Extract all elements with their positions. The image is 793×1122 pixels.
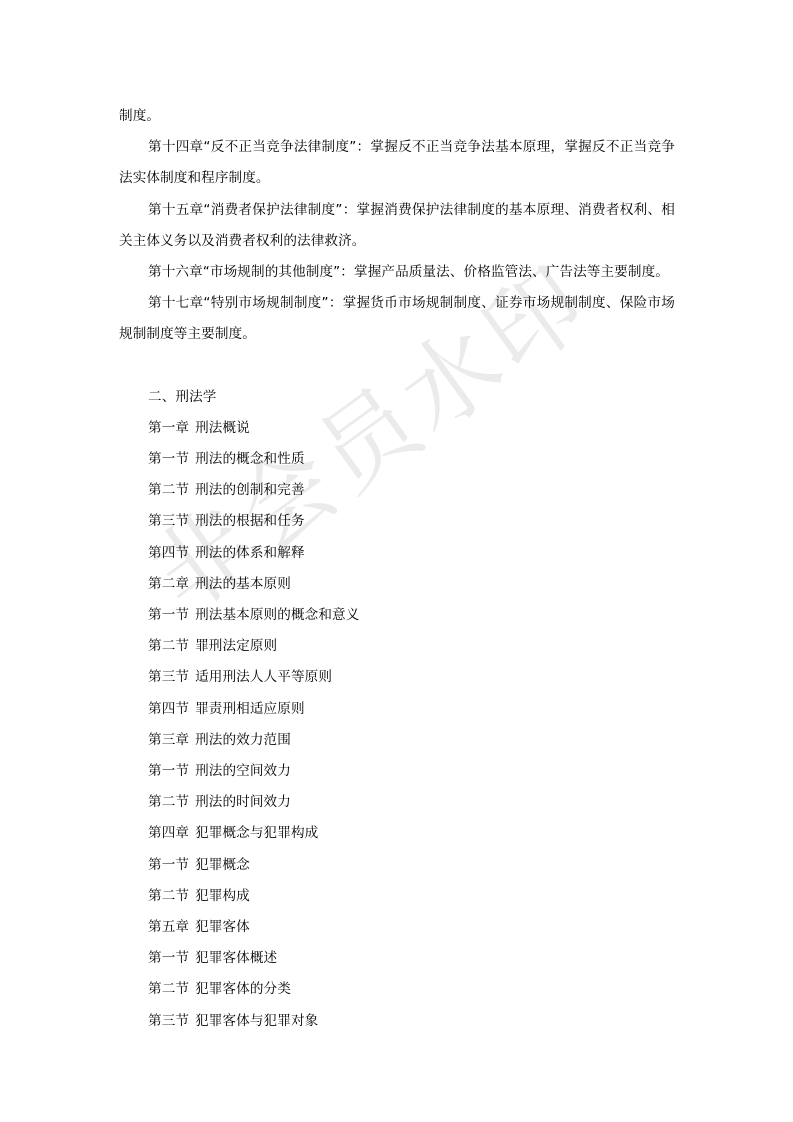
toc-number: 第五章 (148, 912, 189, 943)
toc-item: 第二节刑法的创制和完善 (119, 475, 675, 506)
toc-number: 第二节 (148, 475, 189, 506)
toc-title: 犯罪客体概述 (195, 950, 277, 966)
toc-item: 第五章犯罪客体 (119, 912, 675, 943)
toc-item: 第二章刑法的基本原则 (119, 569, 675, 600)
toc-item: 第三节刑法的根据和任务 (119, 506, 675, 537)
toc-item: 第二节刑法的时间效力 (119, 787, 675, 818)
toc-title: 犯罪概念 (195, 857, 250, 873)
toc-number: 第二节 (148, 881, 189, 912)
toc-item: 第一节刑法的概念和性质 (119, 444, 675, 475)
toc-title: 刑法的时间效力 (195, 794, 291, 810)
toc-number: 第一节 (148, 850, 189, 881)
toc-number: 第二节 (148, 631, 189, 662)
toc-number: 第二节 (148, 974, 189, 1005)
toc-item: 第一节刑法基本原则的概念和意义 (119, 600, 675, 631)
toc-title: 刑法的效力范围 (195, 732, 291, 748)
toc-number: 第二章 (148, 569, 189, 600)
toc-title: 罪责刑相适应原则 (195, 701, 305, 717)
toc-item: 第一章刑法概说 (119, 413, 675, 444)
toc-number: 第三章 (148, 725, 189, 756)
table-of-contents: 第一章刑法概说 第一节刑法的概念和性质 第二节刑法的创制和完善 第三节刑法的根据… (119, 413, 675, 1037)
paragraph-chapter-17: 第十七章“特别市场规制制度”：掌握货币市场规制制度、证券市场规制制度、保险市场规… (119, 288, 675, 350)
toc-title: 犯罪客体 (195, 919, 250, 935)
toc-item: 第四节罪责刑相适应原则 (119, 694, 675, 725)
document-page: 非会员水印 制度。 第十四章“反不正当竞争法律制度”：掌握反不正当竞争法基本原理… (0, 0, 793, 1122)
toc-number: 第一节 (148, 756, 189, 787)
toc-title: 刑法的概念和性质 (195, 451, 305, 467)
toc-item: 第二节犯罪客体的分类 (119, 974, 675, 1005)
toc-number: 第一章 (148, 413, 189, 444)
toc-title: 刑法的创制和完善 (195, 482, 305, 498)
toc-item: 第二节犯罪构成 (119, 881, 675, 912)
toc-number: 第一节 (148, 600, 189, 631)
toc-title: 刑法基本原则的概念和意义 (195, 607, 359, 623)
toc-item: 第三节犯罪客体与犯罪对象 (119, 1006, 675, 1037)
toc-item: 第一节刑法的空间效力 (119, 756, 675, 787)
toc-number: 第三节 (148, 1006, 189, 1037)
toc-item: 第三章刑法的效力范围 (119, 725, 675, 756)
toc-number: 第二节 (148, 787, 189, 818)
section-heading: 二、刑法学 (119, 382, 675, 413)
blank-line (119, 351, 675, 382)
toc-title: 犯罪客体与犯罪对象 (195, 1013, 318, 1029)
toc-title: 刑法概说 (195, 420, 250, 436)
toc-number: 第三节 (148, 506, 189, 537)
toc-title: 适用刑法人人平等原则 (195, 669, 332, 685)
toc-number: 第四节 (148, 538, 189, 569)
toc-title: 刑法的根据和任务 (195, 513, 305, 529)
toc-title: 罪刑法定原则 (195, 638, 277, 654)
toc-title: 刑法的基本原则 (195, 576, 291, 592)
paragraph-continuation: 制度。 (119, 101, 675, 132)
toc-item: 第二节罪刑法定原则 (119, 631, 675, 662)
toc-number: 第一节 (148, 943, 189, 974)
toc-title: 刑法的体系和解释 (195, 545, 305, 561)
toc-item: 第四节刑法的体系和解释 (119, 538, 675, 569)
toc-item: 第三节适用刑法人人平等原则 (119, 662, 675, 693)
toc-item: 第一节犯罪客体概述 (119, 943, 675, 974)
toc-item: 第一节犯罪概念 (119, 850, 675, 881)
toc-number: 第三节 (148, 662, 189, 693)
toc-number: 第四章 (148, 818, 189, 849)
toc-title: 犯罪客体的分类 (195, 981, 291, 997)
toc-title: 刑法的空间效力 (195, 763, 291, 779)
toc-number: 第一节 (148, 444, 189, 475)
toc-item: 第四章犯罪概念与犯罪构成 (119, 818, 675, 849)
toc-title: 犯罪构成 (195, 888, 250, 904)
paragraph-chapter-14: 第十四章“反不正当竞争法律制度”：掌握反不正当竞争法基本原理，掌握反不正当竞争法… (119, 132, 675, 194)
paragraph-chapter-16: 第十六章“市场规制的其他制度”：掌握产品质量法、价格监管法、广告法等主要制度。 (119, 257, 675, 288)
toc-number: 第四节 (148, 694, 189, 725)
document-body: 制度。 第十四章“反不正当竞争法律制度”：掌握反不正当竞争法基本原理，掌握反不正… (119, 101, 675, 1037)
paragraph-chapter-15: 第十五章“消费者保护法律制度”：掌握消费保护法律制度的基本原理、消费者权利、相关… (119, 195, 675, 257)
toc-title: 犯罪概念与犯罪构成 (195, 825, 318, 841)
